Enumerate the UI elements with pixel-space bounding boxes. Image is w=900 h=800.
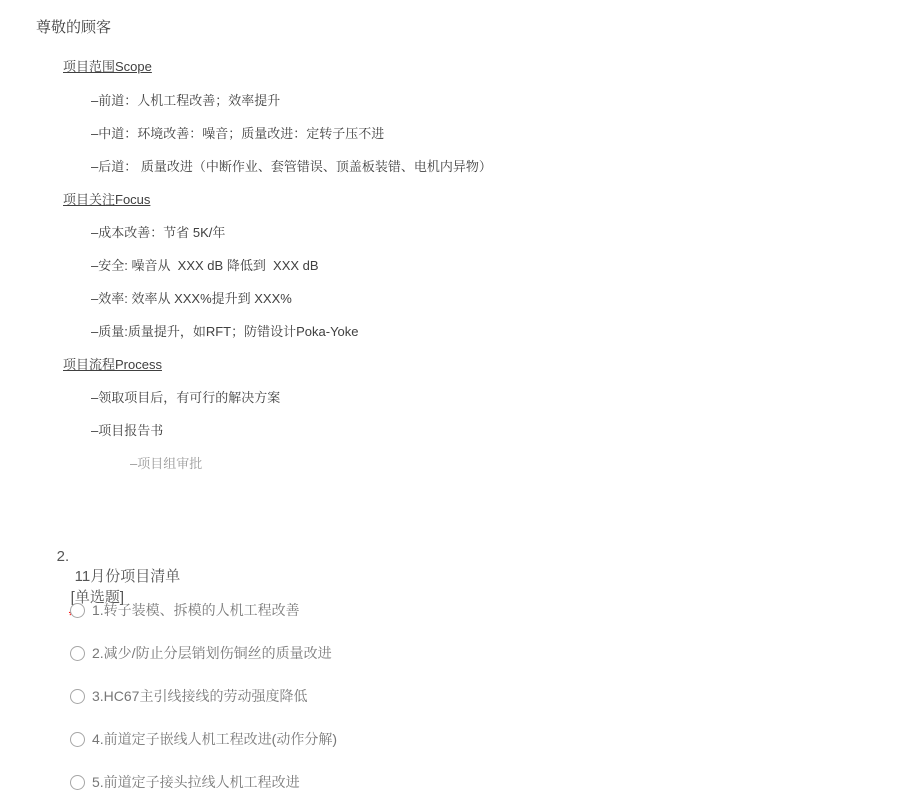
scope-item-front: –前道：人机工程改善；效率提升 — [91, 90, 280, 109]
process-item-solution: –领取项目后，有可行的解决方案 — [91, 387, 280, 406]
radio-button-icon[interactable] — [70, 603, 85, 618]
option-row-2[interactable]: 2.减少/防止分层销划伤铜丝的质量改进 — [70, 643, 332, 663]
option-label-1[interactable]: 1.转子装模、拆模的人机工程改善 — [92, 600, 300, 620]
radio-button-icon[interactable] — [70, 732, 85, 747]
question-title: 11月份项目清单 — [75, 565, 181, 586]
focus-item-safety: –安全: 噪音从 XXX dB 降低到 XXX dB — [91, 255, 319, 274]
scope-item-middle: –中道：环境改善：噪音；质量改进：定转子压不进 — [91, 123, 384, 142]
focus-item-efficiency: –效率: 效率从 XXX%提升到 XXX% — [91, 288, 292, 307]
question-number: 2. — [57, 548, 70, 565]
option-row-4[interactable]: 4.前道定子嵌线人机工程改进(动作分解) — [70, 729, 337, 749]
greeting-text: 尊敬的顾客 — [36, 16, 111, 37]
option-row-1[interactable]: 1.转子装模、拆模的人机工程改善 — [70, 600, 300, 620]
section-heading-scope: 项目范围Scope — [63, 56, 152, 75]
option-label-3[interactable]: 3.HC67主引线接线的劳动强度降低 — [92, 686, 307, 706]
option-row-5[interactable]: 5.前道定子接头拉线人机工程改进 — [70, 772, 300, 792]
focus-item-quality: –质量:质量提升，如RFT；防错设计Poka-Yoke — [91, 321, 359, 340]
option-row-3[interactable]: 3.HC67主引线接线的劳动强度降低 — [70, 686, 307, 706]
question-header: 2. 11月份项目清单 [单选题] * — [40, 531, 180, 641]
section-heading-process: 项目流程Process — [63, 354, 162, 373]
radio-button-icon[interactable] — [70, 646, 85, 661]
section-heading-focus: 项目关注Focus — [63, 189, 150, 208]
radio-button-icon[interactable] — [70, 689, 85, 704]
radio-button-icon[interactable] — [70, 775, 85, 790]
option-label-5[interactable]: 5.前道定子接头拉线人机工程改进 — [92, 772, 300, 792]
process-subitem-approval: –项目组审批 — [130, 453, 202, 472]
process-item-report: –项目报告书 — [91, 420, 163, 439]
survey-page: 尊敬的顾客 项目范围Scope –前道：人机工程改善；效率提升 –中道：环境改善… — [0, 0, 900, 800]
option-label-2[interactable]: 2.减少/防止分层销划伤铜丝的质量改进 — [92, 643, 332, 663]
focus-item-cost: –成本改善：节省 5K/年 — [91, 222, 225, 241]
option-label-4[interactable]: 4.前道定子嵌线人机工程改进(动作分解) — [92, 729, 337, 749]
scope-item-back: –后道： 质量改进（中断作业、套管错误、顶盖板装错、电机内异物） — [91, 156, 492, 175]
